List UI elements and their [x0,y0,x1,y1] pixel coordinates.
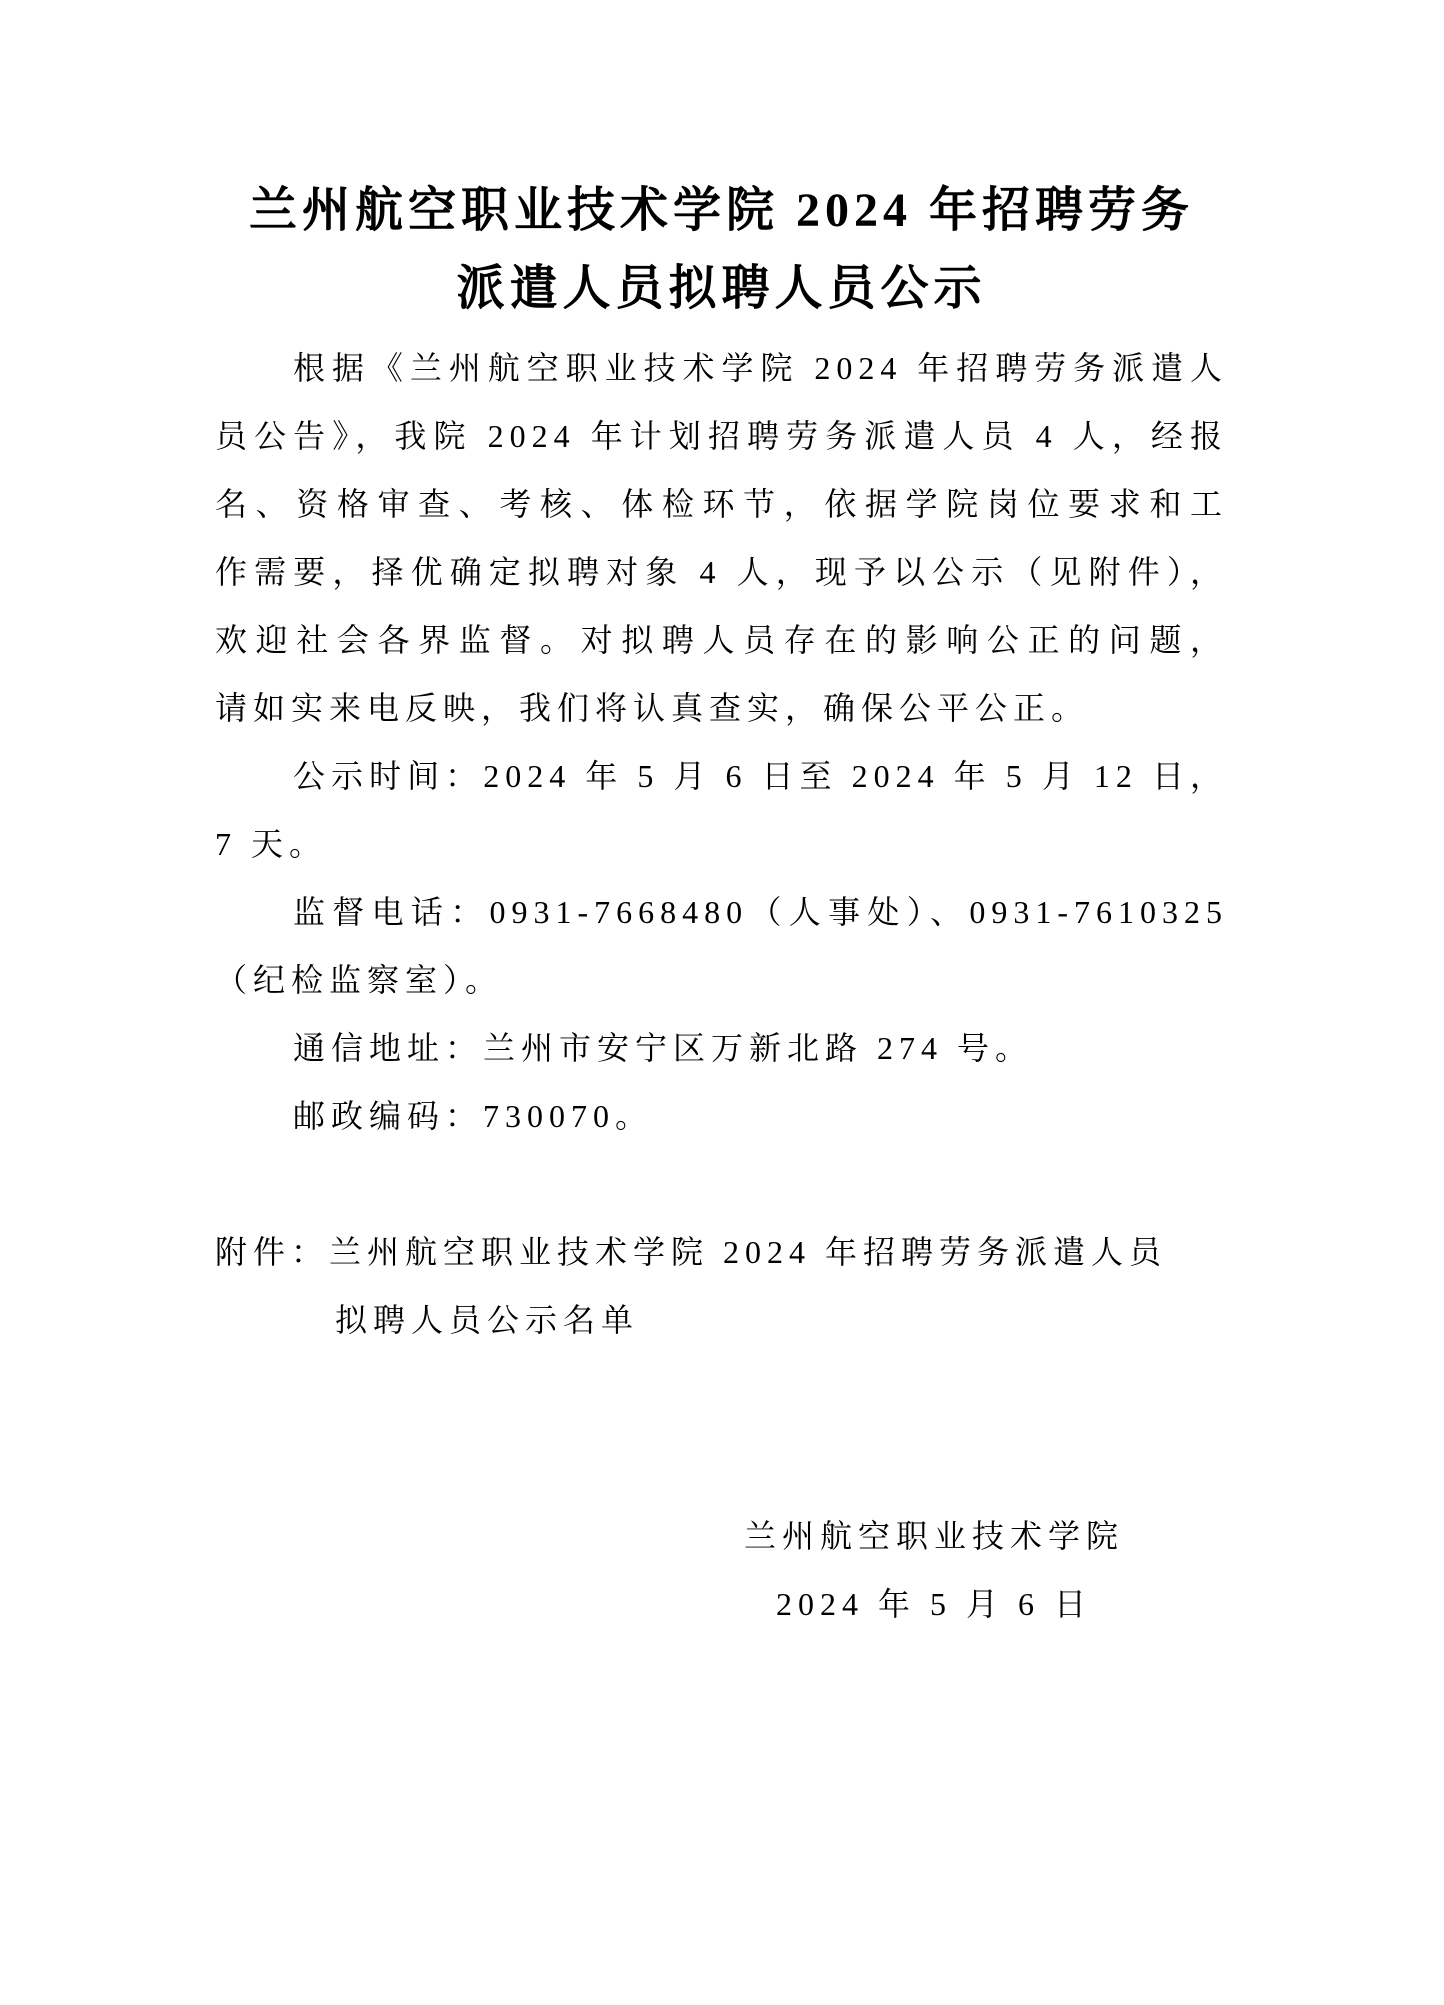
body-text-line: 名、资格审查、考核、体检环节，依据学院岗位要求和工 [215,470,1228,538]
body-text-line: 作需要，择优确定拟聘对象 4 人，现予以公示（见附件）， [215,538,1228,606]
postal-code-line: 邮政编码：730070。 [215,1082,1228,1150]
supervision-phone-line: （纪检监察室）。 [215,946,1228,1014]
body-text-line: 员公告》，我院 2024 年计划招聘劳务派遣人员 4 人，经报 [215,402,1228,470]
publicity-period-line: 7 天。 [215,810,1228,878]
body-text-line: 请如实来电反映，我们将认真查实，确保公平公正。 [215,674,1228,742]
document-page: 兰州航空职业技术学院 2024 年招聘劳务 派遣人员拟聘人员公示 根据《兰州航空… [0,0,1444,2005]
blank-line [215,1422,1228,1490]
mailing-address-line: 通信地址：兰州市安宁区万新北路 274 号。 [215,1014,1228,1082]
signature-block: 兰州航空职业技术学院 2024 年 5 月 6 日 [215,1502,1228,1638]
publicity-period-line: 公示时间：2024 年 5 月 6 日至 2024 年 5 月 12 日，共 [215,742,1228,810]
supervision-phone-line: 监督电话：0931-7668480（人事处）、0931-7610325 [215,878,1228,946]
signature-org: 兰州航空职业技术学院 [640,1502,1228,1570]
attachment-line-2: 拟聘人员公示名单 [215,1286,1228,1354]
document-body: 根据《兰州航空职业技术学院 2024 年招聘劳务派遣人 员公告》，我院 2024… [215,334,1228,1638]
blank-line [215,1150,1228,1218]
body-text-line: 根据《兰州航空职业技术学院 2024 年招聘劳务派遣人 [215,334,1228,402]
signature-date: 2024 年 5 月 6 日 [640,1570,1228,1638]
document-title-line-1: 兰州航空职业技术学院 2024 年招聘劳务 [215,172,1228,250]
attachment-line-1: 附件：兰州航空职业技术学院 2024 年招聘劳务派遣人员 [215,1218,1228,1286]
document-title-line-2: 派遣人员拟聘人员公示 [215,250,1228,328]
document-title: 兰州航空职业技术学院 2024 年招聘劳务 派遣人员拟聘人员公示 [215,172,1228,328]
body-text-line: 欢迎社会各界监督。对拟聘人员存在的影响公正的问题， [215,606,1228,674]
blank-line [215,1354,1228,1422]
